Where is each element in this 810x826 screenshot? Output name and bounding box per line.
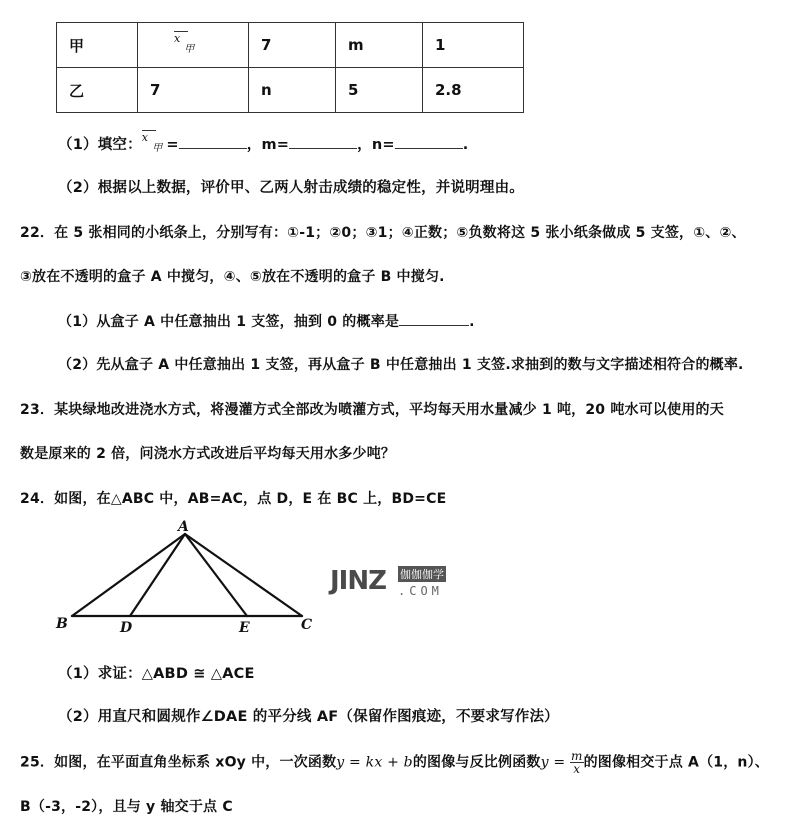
table-row: 乙 7 n 5 2.8 bbox=[57, 68, 524, 113]
q24-line1: 24．如图，在△ABC 中，AB=AC，点 D，E 在 BC 上，BD=CE bbox=[20, 488, 446, 508]
table-cell: 甲 bbox=[57, 23, 138, 68]
watermark-cn: 伽伽伽学 bbox=[398, 566, 446, 582]
q21-part2: （2）根据以上数据，评价甲、乙两人射击成绩的稳定性，并说明理由。 bbox=[58, 176, 524, 197]
table-cell: m bbox=[336, 23, 423, 68]
triangle-figure: A B D E C bbox=[50, 520, 330, 635]
answer-blank-n[interactable] bbox=[395, 136, 463, 149]
q22-part1: （1）从盒子 A 中任意抽出 1 支签，抽到 0 的概率是. bbox=[58, 311, 475, 331]
label-a: A bbox=[176, 520, 189, 535]
label-b: B bbox=[55, 616, 68, 632]
answer-blank-xbar[interactable] bbox=[179, 136, 247, 149]
watermark-main: JINZ bbox=[330, 566, 386, 596]
table-cell: 乙 bbox=[57, 68, 138, 113]
label-e: E bbox=[238, 620, 250, 635]
inverse-function-lhs: y = bbox=[541, 755, 570, 771]
label-d: D bbox=[119, 620, 133, 635]
answer-blank-probability[interactable] bbox=[399, 313, 469, 326]
table-row: 甲 x甲 7 m 1 bbox=[57, 23, 524, 68]
table-cell-xbar: x甲 bbox=[138, 23, 249, 68]
q24-part1: （1）求证：△ABD ≅ △ACE bbox=[58, 662, 255, 683]
inverse-function-fraction: mx bbox=[570, 750, 584, 775]
watermark-logo: JINZ 伽伽伽学 .COM bbox=[330, 566, 386, 596]
equals-sign: = bbox=[166, 137, 178, 153]
q25-line1: 25．如图，在平面直角坐标系 xOy 中，一次函数y = kx + b的图像与反… bbox=[20, 750, 769, 775]
q22-part2: （2）先从盒子 A 中任意抽出 1 支签，再从盒子 B 中任意抽出 1 支签.求… bbox=[58, 354, 744, 374]
q25-suffix: 的图像相交于点 A（1，n）、 bbox=[584, 755, 769, 771]
q23-line1: 23．某块绿地改进浇水方式，将漫灌方式全部改为喷灌方式，平均每天用水量减少 1 … bbox=[20, 399, 724, 419]
q22-line2: ③放在不透明的盒子 A 中搅匀，④、⑤放在不透明的盒子 B 中搅匀. bbox=[20, 266, 445, 286]
q21-part1-label: （1）填空： bbox=[58, 137, 142, 153]
q22-line1: 22．在 5 张相同的小纸条上，分别写有：①-1；②0；③1；④正数；⑤负数将这… bbox=[20, 222, 746, 242]
q25-mid: 的图像与反比例函数 bbox=[413, 755, 541, 771]
q22-part1-label: （1）从盒子 A 中任意抽出 1 支签，抽到 0 的概率是 bbox=[58, 314, 399, 330]
xbar-symbol: x甲 bbox=[174, 38, 198, 53]
table-cell: 7 bbox=[138, 68, 249, 113]
table-cell: 7 bbox=[249, 23, 336, 68]
q24-part2: （2）用直尺和圆规作∠DAE 的平分线 AF（保留作图痕迹，不要求写作法） bbox=[58, 705, 559, 726]
q25-prefix: 25．如图，在平面直角坐标系 xOy 中，一次函数 bbox=[20, 755, 336, 771]
n-label: ，n= bbox=[357, 137, 395, 153]
table-cell: 5 bbox=[336, 68, 423, 113]
table-cell: n bbox=[249, 68, 336, 113]
stats-table: 甲 x甲 7 m 1 乙 7 n 5 2.8 bbox=[56, 22, 524, 113]
watermark-com: .COM bbox=[398, 584, 443, 598]
xbar-symbol: x甲 bbox=[142, 137, 167, 152]
q25-line2: B（-3，-2），且与 y 轴交于点 C bbox=[20, 796, 233, 816]
q23-line2: 数是原来的 2 倍，问浇水方式改进后平均每天用水多少吨？ bbox=[20, 443, 395, 463]
m-label: ，m= bbox=[247, 137, 289, 153]
table-cell: 1 bbox=[423, 23, 524, 68]
table-cell: 2.8 bbox=[423, 68, 524, 113]
q21-part1: （1）填空：x甲=，m=，n=. bbox=[58, 133, 468, 154]
period: . bbox=[463, 137, 469, 153]
answer-blank-m[interactable] bbox=[289, 136, 357, 149]
period: . bbox=[469, 314, 475, 330]
linear-function: y = kx + b bbox=[336, 755, 413, 771]
label-c: C bbox=[301, 617, 312, 633]
